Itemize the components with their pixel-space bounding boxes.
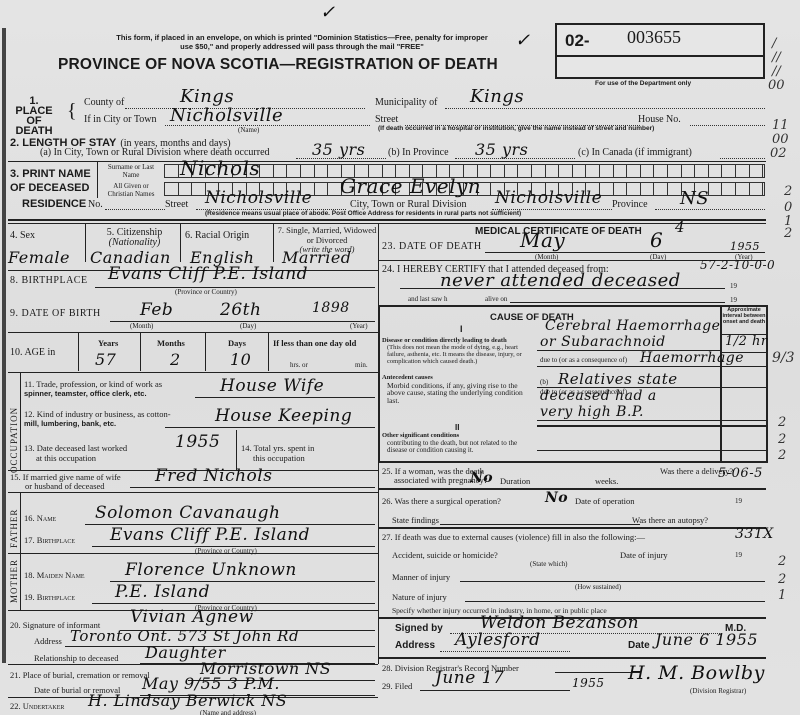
citizenship-label: 5. Citizenship(Nationality) — [92, 228, 177, 248]
cause-b-line1[interactable]: Relatives state — [558, 370, 678, 388]
surname-value[interactable]: Nichols — [180, 156, 260, 180]
city-town-label: If in City or Town — [84, 114, 156, 125]
mother-maiden-name-label: 18. Maiden Name — [24, 570, 85, 580]
death-registration-form: ✓ ✓ This form, if placed in an envelope,… — [0, 0, 800, 715]
county-value[interactable]: Kings — [180, 86, 234, 107]
racial-origin-label: 6. Racial Origin — [185, 230, 249, 241]
margin-note: 00 — [772, 132, 789, 147]
operation-date-label: Date of operation — [575, 496, 634, 506]
days-label: Days — [228, 338, 246, 348]
occupation-trade-value[interactable]: House Wife — [220, 376, 324, 396]
how-sustained-caption: (How sustained) — [575, 583, 621, 591]
sex-label: 4. Sex — [10, 230, 35, 241]
surname-label: Surname or Last Name — [100, 163, 162, 179]
dod-month-value[interactable]: May — [520, 228, 565, 252]
relationship-label: Relationship to deceased — [34, 653, 119, 663]
age-months-value[interactable]: 2 — [170, 350, 181, 369]
father-side-label: FATHER — [9, 498, 19, 548]
direct-cause-label: Disease or condition directly leading to… — [382, 337, 532, 365]
q13-label: 13. Date deceased last workedat this occ… — [24, 443, 127, 463]
residence-label: RESIDENCE — [22, 199, 86, 210]
alive-year-prefix: 19 — [730, 296, 737, 304]
father-name-value[interactable]: Solomon Cavanaugh — [95, 503, 281, 523]
spouse-name-value[interactable]: Fred Nichols — [155, 466, 272, 486]
dob-month-value[interactable]: Feb — [140, 300, 173, 320]
physician-address-value[interactable]: Aylesford — [455, 630, 540, 650]
residence-province-label: Province — [612, 199, 648, 210]
notice-line-1: This form, if placed in an envelope, on … — [72, 33, 532, 42]
alive-on-label: alive on — [485, 295, 507, 303]
margin-note: // — [772, 50, 781, 65]
stay-canada-label: (c) In Canada (if immigrant) — [578, 147, 692, 158]
months-label: Months — [157, 338, 185, 348]
mailing-notice: This form, if placed in an envelope, on … — [72, 33, 532, 51]
roman-numeral-ii: II — [455, 423, 459, 432]
physician-address-label: Address — [395, 640, 435, 651]
margin-note: / — [772, 36, 776, 51]
division-registrar-caption: (Division Registrar) — [690, 687, 746, 695]
certify-code: 57-2-10-0-0 — [700, 258, 775, 272]
house-no-label: House No. — [638, 114, 681, 125]
manner-of-injury-label: Manner of injury — [392, 572, 450, 582]
min-label: min. — [355, 361, 368, 369]
notice-line-2: use $50," and properly addressed will pa… — [72, 42, 532, 51]
date-of-birth-label: 9. DATE OF BIRTH — [10, 308, 101, 319]
q14-label: 14. Total yrs. spent inthis occupation — [241, 443, 314, 463]
hospital-note: (If death occurred in a hospital or inst… — [378, 125, 654, 132]
margin-note: 2 — [784, 184, 792, 199]
operation-year-prefix: 19 — [735, 497, 742, 505]
margin-note: 2 — [778, 448, 786, 463]
q11-label: 11. Trade, profession, or kind of work a… — [24, 380, 162, 398]
state-which-caption: (State which) — [530, 560, 568, 568]
residence-no-label: No. — [88, 199, 103, 210]
less-than-day-label: If less than one day old — [273, 338, 356, 348]
last-saw-label: and last saw h — [408, 295, 447, 303]
mother-birthplace-label: 19. Birthplace — [24, 592, 75, 602]
date-of-death-label: 23. DATE OF DEATH — [382, 241, 482, 252]
q27-note: 331X — [735, 526, 774, 542]
cause-a-line2[interactable]: or Subarachnoid — [540, 334, 666, 350]
dod-day-value[interactable]: 6 — [650, 228, 663, 252]
margin-note: 2 — [778, 415, 786, 430]
accident-label: Accident, suicide or homicide? — [392, 550, 498, 560]
q26-label: 26. Was there a surgical operation? — [382, 496, 501, 506]
certify-year-prefix: 19 — [730, 282, 737, 290]
residence-city-label: City, Town or Rural Division — [350, 199, 467, 210]
filed-date-value[interactable]: June 17 — [435, 668, 504, 688]
city-town-value[interactable]: Nicholsville — [170, 105, 283, 126]
margin-note: 2 — [778, 432, 786, 447]
dod-year-value[interactable]: 1955 — [730, 240, 760, 253]
delivery-note: 5-06-5 — [718, 466, 763, 481]
other-conditions-label: Other significant conditions contributin… — [382, 432, 537, 455]
cause-b-line3[interactable]: very high B.P. — [540, 404, 644, 420]
name-caption: (Name) — [238, 126, 259, 134]
residence-city-value[interactable]: Nicholsville — [495, 188, 602, 208]
stay-province-value[interactable]: 35 yrs — [475, 140, 528, 159]
age-days-value[interactable]: 10 — [230, 350, 251, 369]
sex-value[interactable]: Female — [8, 248, 70, 267]
division-registrar-signature[interactable]: H. M. Bowlby — [628, 662, 765, 684]
certificate-date-value[interactable]: June 6 1955 — [655, 630, 758, 649]
registration-number-box: 02- 003655 — [555, 23, 765, 79]
age-years-value[interactable]: 57 — [95, 350, 116, 369]
date-of-death-mark: 4 — [675, 218, 685, 236]
informant-address-label: Address — [34, 636, 62, 646]
pregnancy-value[interactable]: No — [470, 470, 493, 486]
state-findings-label: State findings — [392, 515, 439, 525]
given-names-label: All Given or Christian Names — [100, 182, 162, 198]
registration-number: 003655 — [627, 27, 681, 48]
father-birthplace-value[interactable]: Evans Cliff P.E. Island — [110, 525, 310, 545]
checkmark-icon: ✓ — [320, 2, 336, 23]
given-names-value[interactable]: Grace Evelyn — [340, 174, 481, 198]
nature-of-injury-label: Nature of injury — [392, 592, 447, 602]
undertaker-caption: (Name and address) — [200, 709, 256, 715]
mother-side-label: MOTHER — [9, 558, 19, 603]
registration-prefix: 02- — [565, 31, 590, 51]
month-caption: (Month) — [130, 322, 153, 330]
residence-street-value[interactable]: Nicholsville — [205, 188, 312, 208]
margin-note: 0 — [784, 200, 792, 215]
spouse-label: 15. If married give name of wifeor husba… — [10, 473, 121, 491]
weeks-label: weeks. — [595, 476, 618, 486]
county-label: County of — [84, 97, 124, 108]
margin-note: 02 — [770, 146, 787, 161]
municipality-label: Municipality of — [375, 97, 438, 108]
filed-year-value[interactable]: 1955 — [572, 676, 605, 690]
years-label: Years — [98, 338, 118, 348]
mother-birthplace-value[interactable]: P.E. Island — [115, 582, 210, 602]
cause-b-prefix: (b) — [540, 378, 548, 386]
day-caption: (Day) — [240, 322, 256, 330]
stay-province-label: (b) In Province — [388, 147, 449, 158]
residence-province-value[interactable]: NS — [680, 188, 709, 209]
surgical-operation-value[interactable]: No — [545, 490, 568, 506]
burial-place-label: 21. Place of burial, cremation or remova… — [10, 670, 150, 680]
q12-label: 12. Kind of industry or business, as cot… — [24, 410, 171, 428]
father-name-label: 16. Name — [24, 513, 56, 523]
dob-day-value[interactable]: 26th — [220, 300, 261, 320]
birthplace-value[interactable]: Evans Cliff P.E. Island — [108, 264, 308, 284]
cause-a-line1[interactable]: Cerebral Haemorrhage — [545, 318, 720, 334]
signed-by-label: Signed by — [395, 623, 443, 634]
informant-signature-value[interactable]: Vivian Agnew — [130, 607, 254, 627]
undertaker-value[interactable]: H. Lindsay Berwick NS — [88, 691, 287, 710]
injury-year-prefix: 19 — [735, 551, 742, 559]
last-worked-value[interactable]: 1955 — [175, 432, 220, 452]
year-caption: (Year) — [350, 322, 368, 330]
injury-date-label: Date of injury — [620, 550, 668, 560]
margin-note: 00 — [768, 78, 785, 93]
residence-street-label: Street — [165, 199, 188, 210]
due-to-label: due to (or as a consequence of) — [540, 356, 627, 364]
q27-label: 27. If death was due to external causes … — [382, 532, 645, 542]
age-label: 10. AGE in — [10, 347, 55, 358]
filed-label: 29. Filed — [382, 681, 412, 691]
cause-b-line2[interactable]: deceased had a — [540, 388, 657, 404]
certificate-date-label: Date — [628, 640, 650, 651]
occupation-industry-value[interactable]: House Keeping — [215, 406, 352, 426]
dob-year-value[interactable]: 1898 — [312, 300, 350, 316]
roman-numeral-i: I — [460, 324, 463, 334]
margin-note: // — [772, 64, 781, 79]
place-of-death-label: 1. PLACEOFDEATH — [10, 96, 58, 136]
stay-city-value[interactable]: 35 yrs — [312, 140, 365, 159]
margin-note: 2 — [784, 226, 792, 241]
father-birthplace-label: 17. Birthplace — [24, 535, 75, 545]
birthplace-label: 8. BIRTHPLACE — [10, 275, 88, 286]
left-binding-edge — [2, 28, 6, 663]
antecedent-causes-label: Antecedent causes Morbid conditions, if … — [382, 374, 532, 404]
municipality-value[interactable]: Kings — [470, 86, 524, 107]
occupation-side-label: OCCUPATION — [9, 378, 19, 473]
margin-note: 11 — [772, 118, 789, 133]
hrs-label: hrs. or — [290, 361, 308, 369]
autopsy-label: Was there an autopsy? — [632, 515, 708, 525]
mother-maiden-name-value[interactable]: Florence Unknown — [125, 560, 297, 580]
street-label: Street — [375, 114, 398, 125]
undertaker-label: 22. Undertaker — [10, 701, 64, 711]
interval-heading: Approximate interval between onset and d… — [722, 307, 766, 325]
birthplace-caption: (Province or Country) — [175, 288, 237, 296]
margin-note: 2 — [778, 554, 786, 569]
form-title: PROVINCE OF NOVA SCOTIA—REGISTRATION OF … — [58, 56, 498, 74]
margin-note: 9/3 — [772, 350, 795, 366]
margin-note: 2 — [778, 572, 786, 587]
print-name-label: 3. PRINT NAMEOF DECEASED — [10, 167, 91, 195]
margin-note: 1 — [778, 588, 786, 603]
department-use-note: For use of the Department only — [595, 80, 691, 87]
interval-a-value[interactable]: 1/2 hr — [725, 334, 768, 349]
residence-note: (Residence means usual place of abode. P… — [205, 210, 521, 217]
certify-value[interactable]: never attended deceased — [440, 270, 681, 291]
duration-label: Duration — [500, 476, 530, 486]
